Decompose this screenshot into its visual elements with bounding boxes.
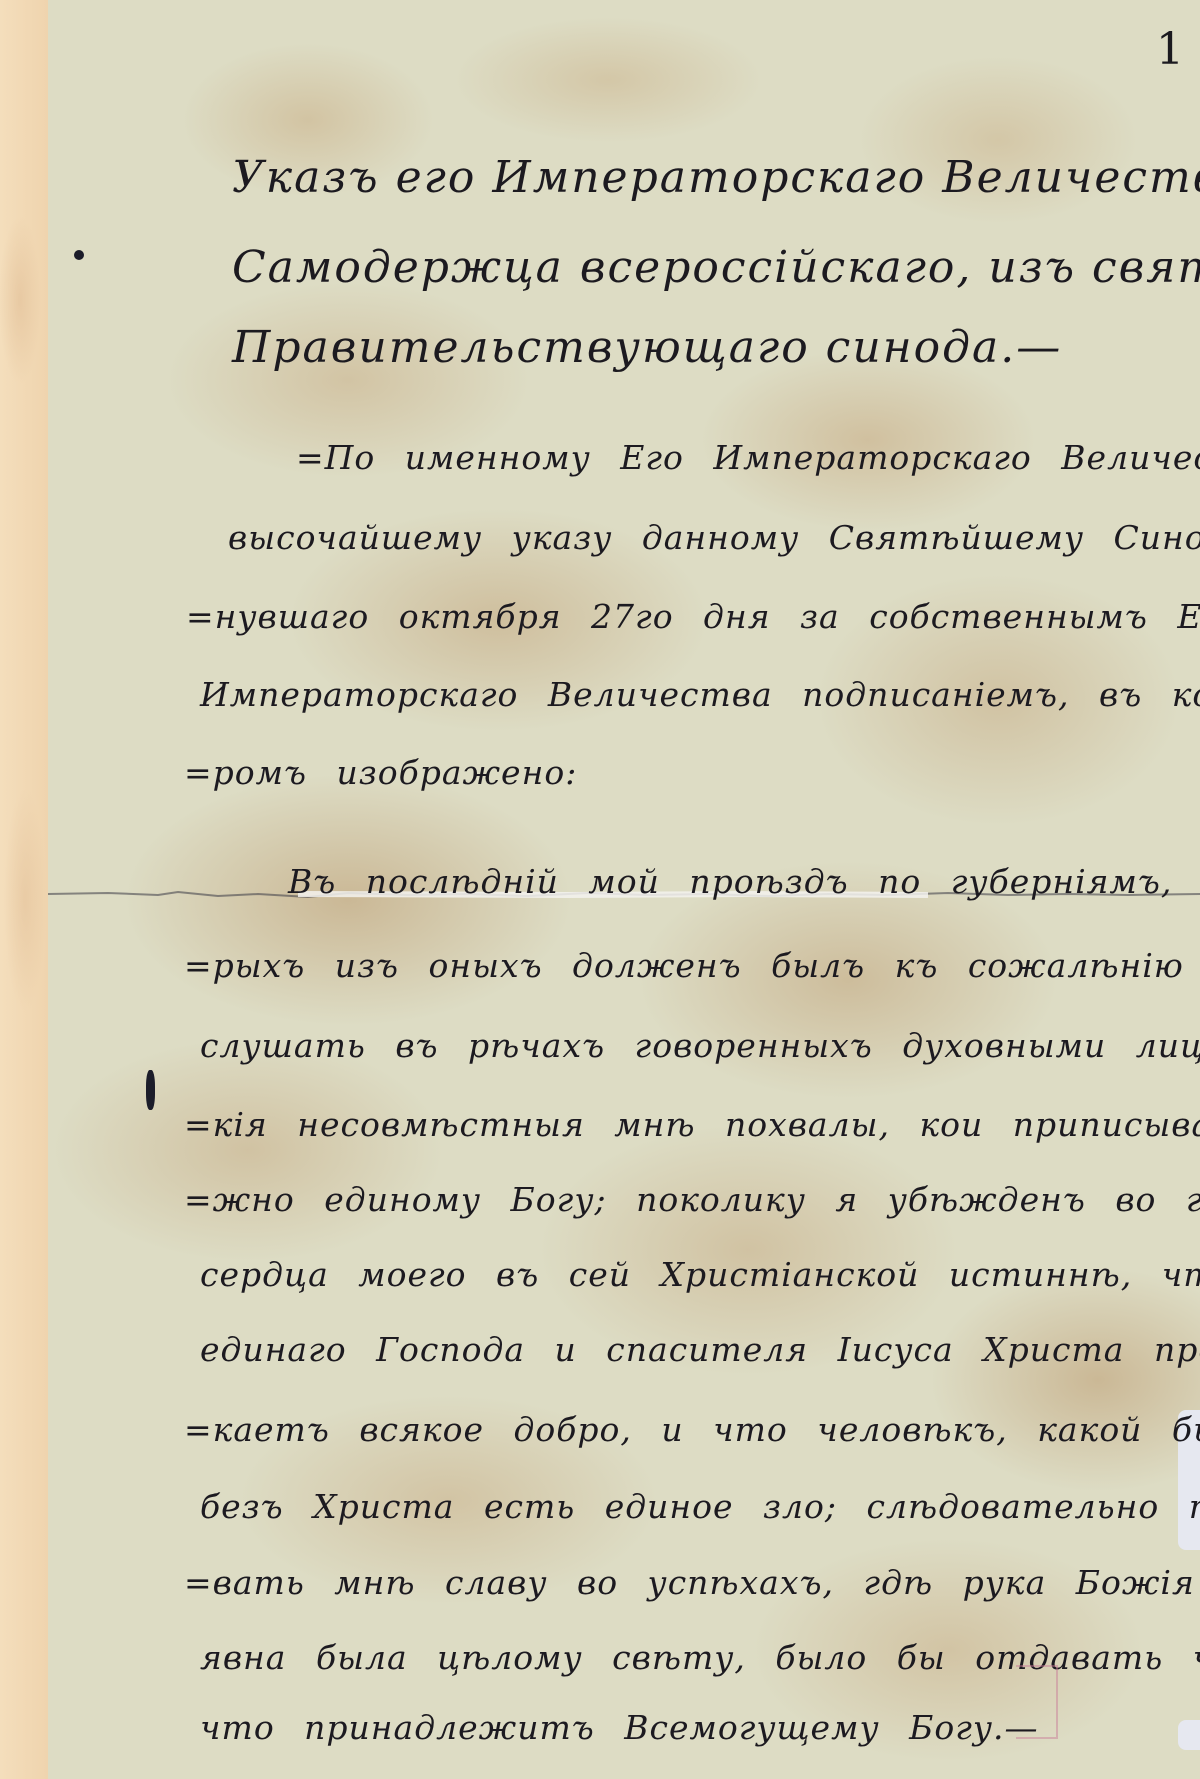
body-line: высочайшему указу данному Святѣйшему Син… (228, 518, 1200, 557)
body-line: =жно единому Богу; поколику я убѣжденъ в… (184, 1180, 1200, 1219)
body-line: что принадлежитъ Всемогущему Богу.— (200, 1708, 1039, 1747)
manuscript-page: 1 Указъ его Императорскаго Величества Са… (48, 0, 1200, 1779)
ink-blot (146, 1070, 155, 1110)
page-number: 1 (1156, 28, 1176, 72)
body-line: сердца моего въ сей Христіанской истиннѣ… (200, 1255, 1200, 1294)
body-line: =рыхъ изъ оныхъ долженъ былъ къ сожалѣні… (184, 946, 1200, 985)
document-scan: 1 Указъ его Императорскаго Величества Са… (0, 0, 1200, 1779)
body-line: =нувшаго октября 27го дня за собственным… (186, 597, 1200, 636)
body-line: единаго Господа и спасителя Іисуса Христ… (200, 1330, 1200, 1369)
body-line: =вать мнѣ славу во успѣхахъ, гдѣ рука Бо… (184, 1563, 1200, 1602)
body-line: =каетъ всякое добро, и что человѣкъ, как… (184, 1410, 1200, 1449)
margin-strip (0, 0, 48, 1779)
body-line: слушать въ рѣчахъ говоренныхъ духовными … (200, 1026, 1200, 1065)
body-line: =кія несовмѣстныя мнѣ похвалы, кои припи… (184, 1105, 1200, 1144)
torn-edge (1178, 1720, 1200, 1750)
title-line: Самодержца всероссійскаго, изъ святѣйшаг… (232, 242, 1200, 293)
faint-stamp (1016, 1665, 1058, 1739)
body-line: =По именному Его Императорскаго Величест… (296, 438, 1200, 477)
title-line: Указъ его Императорскаго Величества (232, 152, 1200, 203)
ink-mark (74, 250, 84, 260)
body-line: Въ послѣдній мой проѣздъ по губерніямъ, … (288, 862, 1200, 901)
body-line: Императорскаго Величества подписаніемъ, … (200, 675, 1200, 714)
body-line: =ромъ изображено: (184, 753, 577, 792)
title-line: Правительствующаго синода.— (232, 322, 1062, 373)
body-line: безъ Христа есть единое зло; слѣдователь… (200, 1487, 1200, 1526)
